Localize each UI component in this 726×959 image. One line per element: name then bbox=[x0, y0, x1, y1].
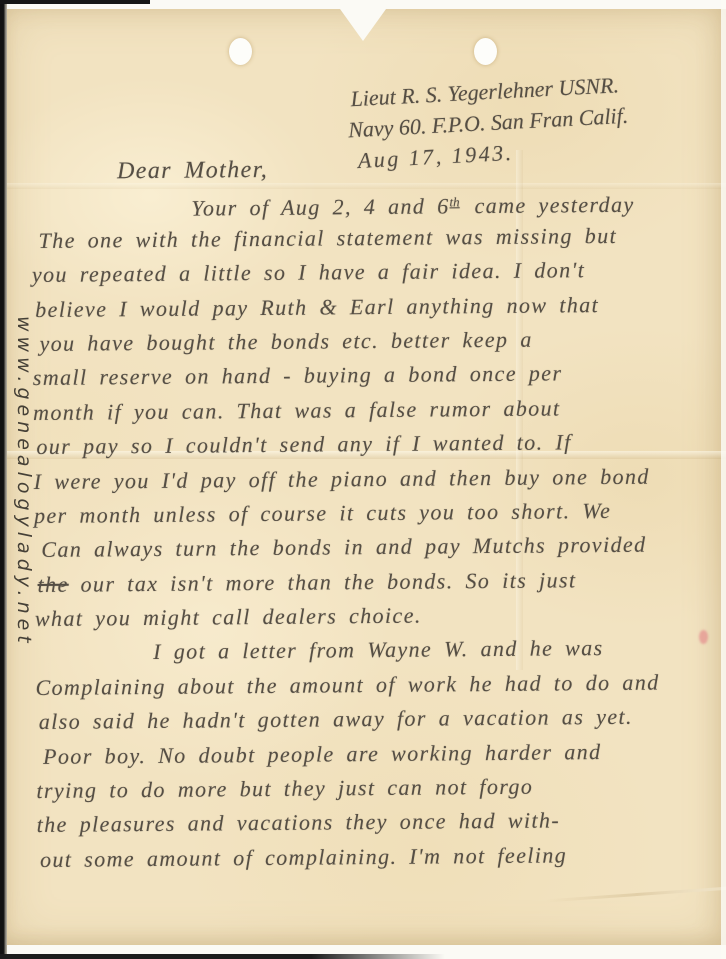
letter-line: also said he hadn't gotten away for a va… bbox=[39, 699, 722, 739]
opening-text-end: came yesterday bbox=[463, 192, 635, 218]
genealogy-watermark: www.genealogylady.net bbox=[14, 316, 33, 648]
letter-line: Can always turn the bonds in and pay Mut… bbox=[41, 527, 720, 567]
letter-line: out some amount of complaining. I'm not … bbox=[40, 837, 723, 877]
ordinal-superscript: th bbox=[449, 195, 459, 210]
letter-body: Dear Mother, Your of Aug 2, 4 and 6th ca… bbox=[31, 149, 723, 877]
scan-edge-left-strip bbox=[0, 0, 7, 959]
letter-line: Poor boy. No doubt people are working ha… bbox=[43, 734, 722, 774]
scan-edge-right-strip bbox=[721, 0, 726, 959]
strike-line-rest: our tax isn't more than the bonds. So it… bbox=[69, 567, 577, 596]
punch-hole-right bbox=[474, 38, 497, 65]
scanned-letter-page: www.genealogylady.net Lieut R. S. Yegerl… bbox=[0, 0, 726, 959]
salutation-line: Dear Mother, bbox=[117, 149, 717, 189]
struck-word: the bbox=[37, 571, 68, 596]
top-edge-notch bbox=[340, 9, 386, 41]
letter-line: I were you I'd pay off the piano and the… bbox=[34, 459, 720, 499]
punch-hole-left bbox=[229, 38, 252, 65]
letter-line: The one with the financial statement was… bbox=[38, 218, 717, 258]
letter-line-paragraph2-start: I got a letter from Wayne W. and he was bbox=[153, 630, 721, 669]
scan-edge-bottom-line bbox=[0, 954, 445, 959]
letter-line: you have bought the bonds etc. better ke… bbox=[39, 321, 718, 361]
opening-text: Your of Aug 2, 4 and 6 bbox=[191, 194, 449, 221]
scan-edge-top-line bbox=[0, 0, 150, 4]
letter-line-opening: Your of Aug 2, 4 and 6th came yesterday bbox=[191, 183, 717, 222]
